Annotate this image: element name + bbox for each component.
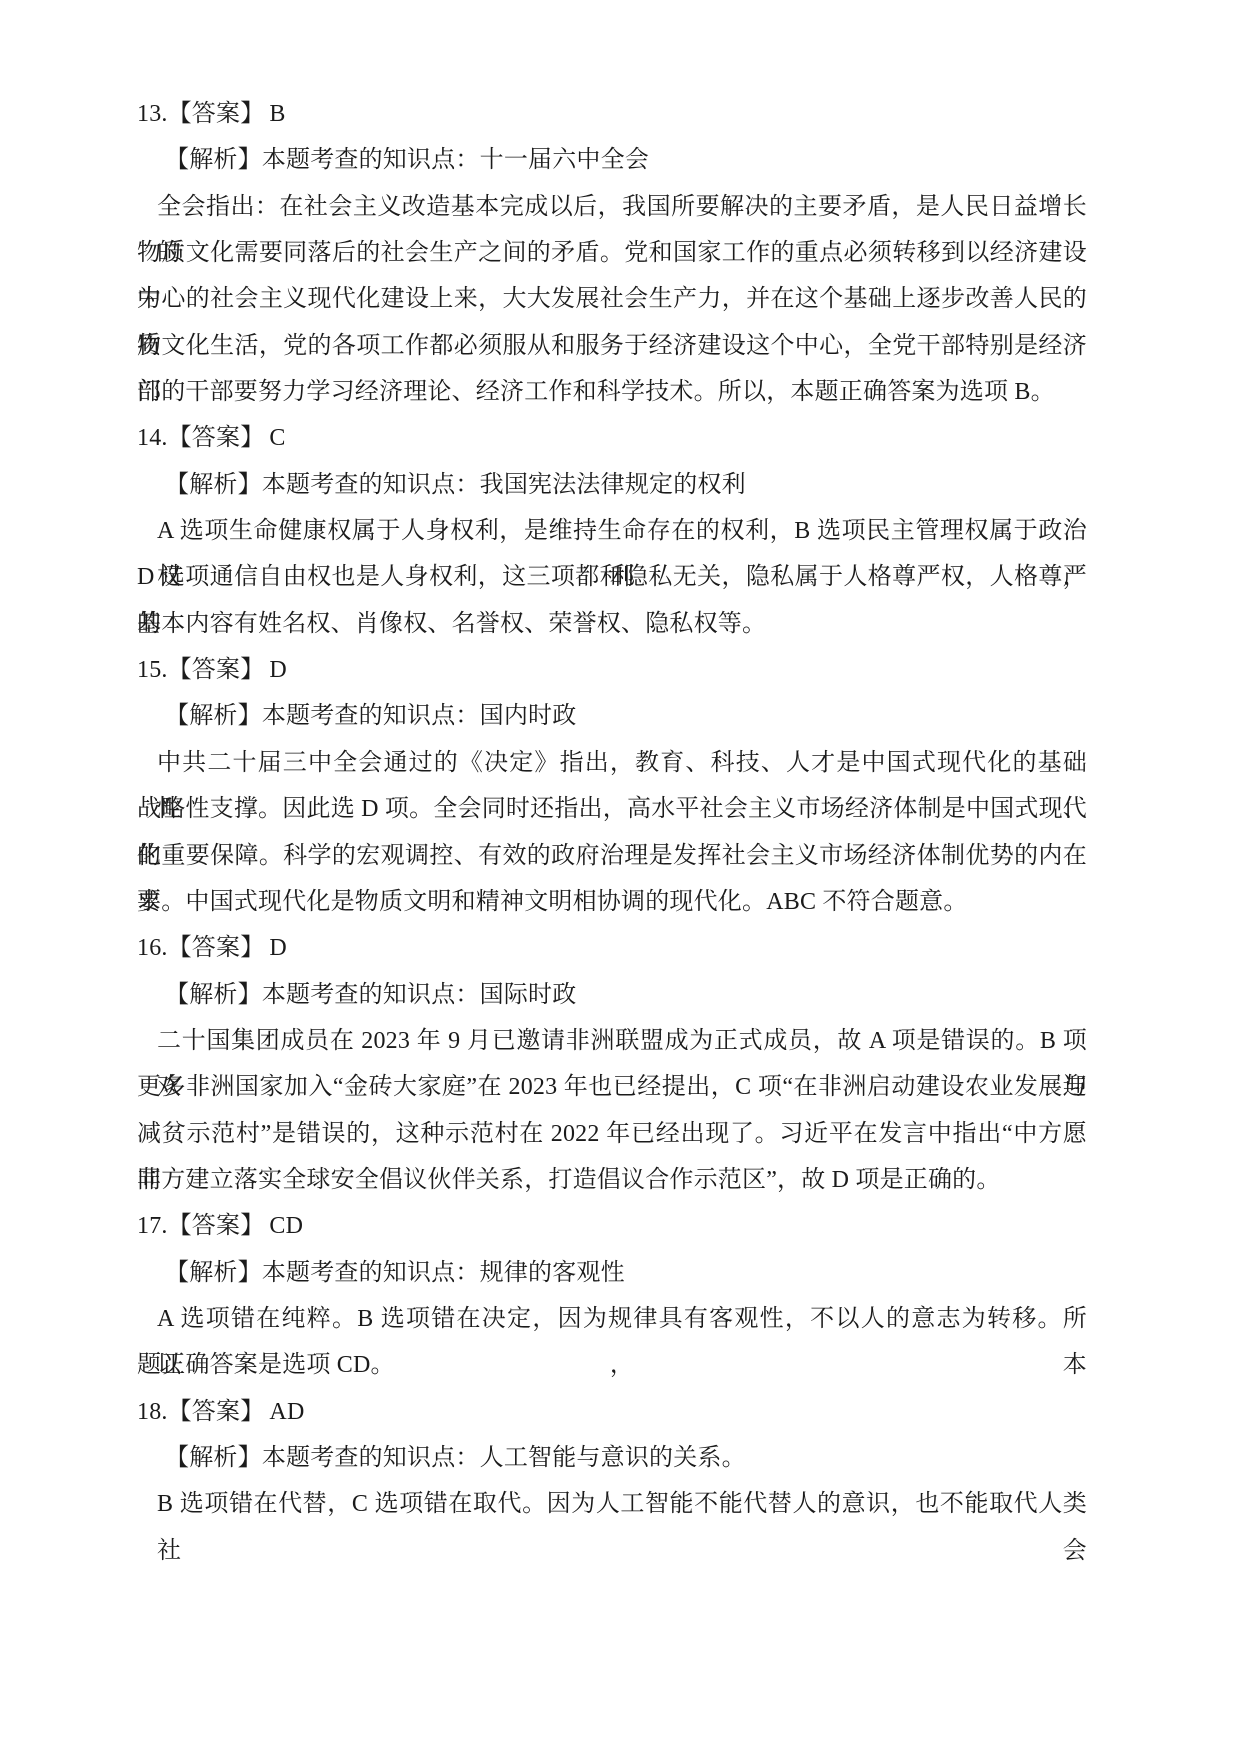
answer-line: 14.【答案】C [137,415,1087,461]
analysis-intro: 本题考查的知识点： [262,982,480,1008]
answer-value: B [269,101,285,127]
analysis-intro: 本题考查的知识点： [262,1260,480,1286]
analysis-label: 【解析】 [165,147,262,173]
knowledge-point: 国内时政 [480,703,577,729]
explanation-line: 全会指出：在社会主义改造基本完成以后，我国所要解决的主要矛盾，是人民日益增长的 [137,184,1087,230]
analysis-label: 【解析】 [165,703,262,729]
explanation-line: 二十国集团成员在 2023 年 9 月已邀请非洲联盟成为正式成员，故 A 项是错… [137,1018,1087,1064]
knowledge-point: 人工智能与意识的关系。 [480,1445,746,1471]
answer-value: D [269,657,287,683]
explanation-line: 质文化生活，党的各项工作都必须服从和服务于经济建设这个中心，全党干部特别是经济部 [137,323,1087,369]
analysis-intro: 本题考查的知识点： [262,703,480,729]
explanation-line: 更多非洲国家加入“金砖大家庭”在 2023 年也已经提出，C 项“在非洲启动建设… [137,1064,1087,1110]
answer-line: 18.【答案】AD [137,1389,1087,1435]
explanation-line: 中心的社会主义现代化建设上来，大大发展社会生产力，并在这个基础上逐步改善人民的物 [137,276,1087,322]
answer-line: 15.【答案】D [137,647,1087,693]
answer-label: 【答案】 [168,935,265,961]
analysis-line: 【解析】本题考查的知识点：人工智能与意识的关系。 [137,1435,1087,1481]
explanation-line: A 选项生命健康权属于人身权利，是维持生命存在的权利，B 选项民主管理权属于政治… [137,508,1087,554]
question-number: 13. [137,101,168,127]
answer-line: 16.【答案】D [137,925,1087,971]
explanation-line: 战略性支撑。因此选 D 项。全会同时还指出，高水平社会主义市场经济体制是中国式现… [137,786,1087,832]
explanation-line: 求。中国式现代化是物质文明和精神文明相协调的现代化。ABC 不符合题意。 [137,879,1087,925]
answer-value: CD [269,1213,303,1239]
explanation-line: A 选项错在纯粹。B 选项错在决定，因为规律具有客观性，不以人的意志为转移。所以… [137,1296,1087,1342]
answer-label: 【答案】 [168,425,265,451]
knowledge-point: 规律的客观性 [480,1260,625,1286]
analysis-label: 【解析】 [165,982,262,1008]
analysis-line: 【解析】本题考查的知识点：十一届六中全会 [137,137,1087,183]
analysis-label: 【解析】 [165,1260,262,1286]
knowledge-point: 我国宪法法律规定的权利 [480,472,746,498]
knowledge-point: 国际时政 [480,982,577,1008]
explanation-line: 减贫示范村”是错误的，这种示范村在 2022 年已经出现了。习近平在发言中指出“… [137,1111,1087,1157]
question-number: 17. [137,1213,168,1239]
document-page: 13.【答案】B【解析】本题考查的知识点：十一届六中全会全会指出：在社会主义改造… [137,91,1087,1528]
analysis-label: 【解析】 [165,472,262,498]
knowledge-point: 十一届六中全会 [480,147,649,173]
answer-line: 13.【答案】B [137,91,1087,137]
question-block: 15.【答案】D【解析】本题考查的知识点：国内时政中共二十届三中全会通过的《决定… [137,647,1087,925]
question-number: 16. [137,935,168,961]
question-block: 14.【答案】C【解析】本题考查的知识点：我国宪法法律规定的权利A 选项生命健康… [137,415,1087,647]
explanation-line: 的重要保障。科学的宏观调控、有效的政府治理是发挥社会主义市场经济体制优势的内在要 [137,833,1087,879]
explanation-line: 物质文化需要同落后的社会生产之间的矛盾。党和国家工作的重点必须转移到以经济建设为 [137,230,1087,276]
explanation-line: D 选项通信自由权也是人身权利，这三项都和隐私无关，隐私属于人格尊严权，人格尊严… [137,554,1087,600]
analysis-intro: 本题考查的知识点： [262,472,480,498]
explanation-line: B 选项错在代替，C 选项错在取代。因为人工智能不能代替人的意识，也不能取代人类… [137,1481,1087,1527]
analysis-line: 【解析】本题考查的知识点：规律的客观性 [137,1250,1087,1296]
question-block: 18.【答案】AD【解析】本题考查的知识点：人工智能与意识的关系。B 选项错在代… [137,1389,1087,1528]
question-block: 13.【答案】B【解析】本题考查的知识点：十一届六中全会全会指出：在社会主义改造… [137,91,1087,415]
analysis-line: 【解析】本题考查的知识点：我国宪法法律规定的权利 [137,462,1087,508]
explanation-line: 基本内容有姓名权、肖像权、名誉权、荣誉权、隐私权等。 [137,601,1087,647]
answer-value: D [269,935,287,961]
answer-label: 【答案】 [168,657,265,683]
question-block: 16.【答案】D【解析】本题考查的知识点：国际时政二十国集团成员在 2023 年… [137,925,1087,1203]
analysis-intro: 本题考查的知识点： [262,1445,480,1471]
analysis-line: 【解析】本题考查的知识点：国内时政 [137,693,1087,739]
explanation-line: 非方建立落实全球安全倡议伙伴关系，打造倡议合作示范区”，故 D 项是正确的。 [137,1157,1087,1203]
answer-line: 17.【答案】CD [137,1203,1087,1249]
answer-label: 【答案】 [168,101,265,127]
analysis-label: 【解析】 [165,1445,262,1471]
explanation-line: 中共二十届三中全会通过的《决定》指出，教育、科技、人才是中国式现代化的基础性、 [137,740,1087,786]
analysis-line: 【解析】本题考查的知识点：国际时政 [137,972,1087,1018]
question-number: 14. [137,425,168,451]
answer-label: 【答案】 [168,1399,265,1425]
explanation-line: 门的干部要努力学习经济理论、经济工作和科学技术。所以，本题正确答案为选项 B。 [137,369,1087,415]
question-number: 15. [137,657,168,683]
answer-value: C [269,425,285,451]
question-number: 18. [137,1399,168,1425]
analysis-intro: 本题考查的知识点： [262,147,480,173]
question-block: 17.【答案】CD【解析】本题考查的知识点：规律的客观性A 选项错在纯粹。B 选… [137,1203,1087,1388]
answer-value: AD [269,1399,304,1425]
answer-label: 【答案】 [168,1213,265,1239]
